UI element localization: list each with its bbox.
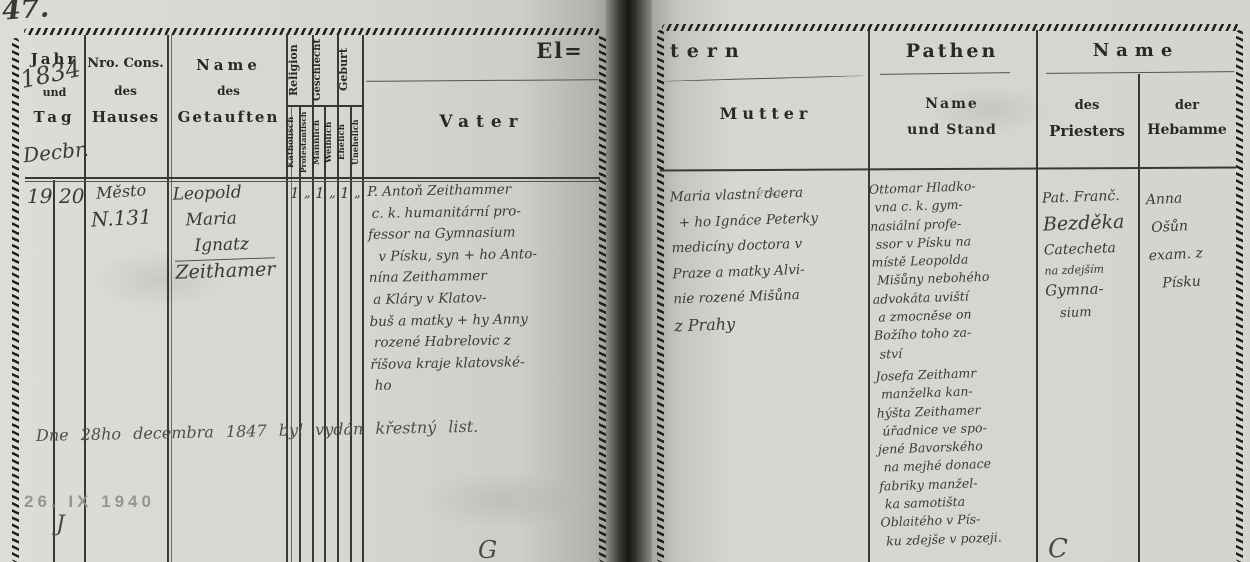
border-rope-right-left-page	[599, 34, 606, 562]
border-rope-top-left-page	[24, 28, 600, 35]
name-col-header-2: des	[171, 84, 286, 98]
ehelich-sub-header: Ehelich	[337, 107, 350, 177]
priest-line: Gymna-	[1045, 276, 1138, 301]
sex-group-header: Geschlecht	[312, 38, 337, 102]
mother-entry: Maria vlastní dcera + ho Ignáce Peterky …	[669, 179, 868, 339]
tick-weiblich: „	[329, 186, 336, 201]
weiblich-sub-header: Weiblich	[324, 107, 337, 177]
protestantisch-sub-header: Protestantisch	[299, 107, 312, 177]
eltern-header-part1: El=	[522, 38, 598, 63]
grid-line-v	[362, 35, 364, 562]
tick-maennlich: 1	[315, 184, 325, 202]
godparents-entry: Ottomar Hladko- vna c. k. gym- nasiální …	[869, 175, 1042, 550]
next-row-fragment: G	[478, 536, 497, 562]
birth-day: 19	[27, 184, 52, 208]
name-col-header-1: Name	[171, 56, 286, 74]
tick-protestantisch: „	[304, 186, 311, 201]
pathen-group-header: Pathen	[868, 40, 1036, 62]
house-number: N.131	[90, 204, 152, 231]
house-col-header-2: des	[84, 84, 167, 98]
priest-line: sium	[1060, 298, 1139, 327]
midwife-line: exam. z	[1148, 238, 1235, 270]
priest-line: Catecheta	[1043, 234, 1136, 263]
midwife-line: Anna	[1145, 182, 1232, 214]
father-entry: P. Antoň Zeithammer c. k. humanitární pr…	[367, 178, 599, 398]
house-col-header-1: Nro. Cons.	[84, 56, 167, 71]
father-line: ho	[375, 372, 599, 397]
baptized-name-line: Ignatz	[194, 230, 275, 259]
archive-date-stamp: 26. IX 1940	[24, 492, 155, 512]
name-col-header-3: Getauften	[171, 108, 286, 126]
priest-line: Bezděka	[1042, 208, 1135, 237]
next-row-fragment: C	[1048, 534, 1068, 562]
folio-number: 47.	[1, 0, 50, 27]
midwife-line: Ošůn	[1151, 210, 1234, 242]
tick-katholisch: 1	[290, 184, 300, 202]
priest-entry: Pat. Franč. Bezděka Catecheta na zdejším…	[1042, 182, 1139, 327]
baptized-name-line: Maria	[185, 204, 274, 233]
day-col-header: Tag	[25, 108, 84, 126]
border-rope-right-right-page	[1236, 30, 1243, 562]
baptized-name-line: Leopold	[172, 178, 273, 207]
katholisch-sub-header: Katholisch	[286, 107, 299, 177]
eltern-header-part2: tern	[670, 40, 747, 62]
house-col-header-3: Hauses	[84, 108, 167, 126]
hebamme-sub-header-1: der	[1138, 98, 1236, 113]
name-group-header: Name	[1036, 40, 1236, 61]
border-rope-left-left-page	[12, 38, 19, 562]
midwife-line: Písku	[1162, 266, 1237, 298]
midwife-entry: Anna Ošůn exam. z Písku	[1145, 182, 1237, 298]
grid-line-v	[1138, 74, 1140, 562]
religion-group-header: Religion	[287, 38, 312, 102]
hebamme-sub-header-2: Hebamme	[1138, 122, 1236, 138]
baptism-day: 20	[59, 184, 84, 208]
next-row-fragment: J	[56, 512, 65, 537]
book-gutter	[606, 0, 652, 562]
paper-smudge	[90, 250, 230, 310]
tick-ehelich: 1	[340, 184, 350, 202]
vater-col-header: Vater	[366, 112, 598, 132]
maennlich-sub-header: Männlich	[312, 107, 324, 177]
paper-smudge	[420, 470, 580, 530]
tick-unehelich: „	[354, 186, 361, 201]
priester-sub-header-2: Priesters	[1036, 122, 1138, 140]
birth-group-header: Geburt	[337, 38, 362, 102]
priester-sub-header-1: des	[1036, 98, 1138, 113]
year-col-header-und: und	[25, 86, 84, 99]
border-rope-top-right-page	[662, 24, 1240, 31]
pencil-annotation: ersa	[757, 186, 781, 199]
baptism-register-spread: 47. Jahr 1834 und Tag Decbr. Nro. Cons. …	[0, 0, 1250, 562]
unehelich-sub-header: Unehelich	[350, 107, 362, 177]
house-town: Město	[95, 180, 146, 202]
paper-smudge	[930, 85, 1050, 135]
mutter-col-header: Mutter	[668, 104, 864, 123]
border-rope-left-right-page	[657, 30, 664, 562]
priest-line: Pat. Franč.	[1042, 182, 1135, 211]
